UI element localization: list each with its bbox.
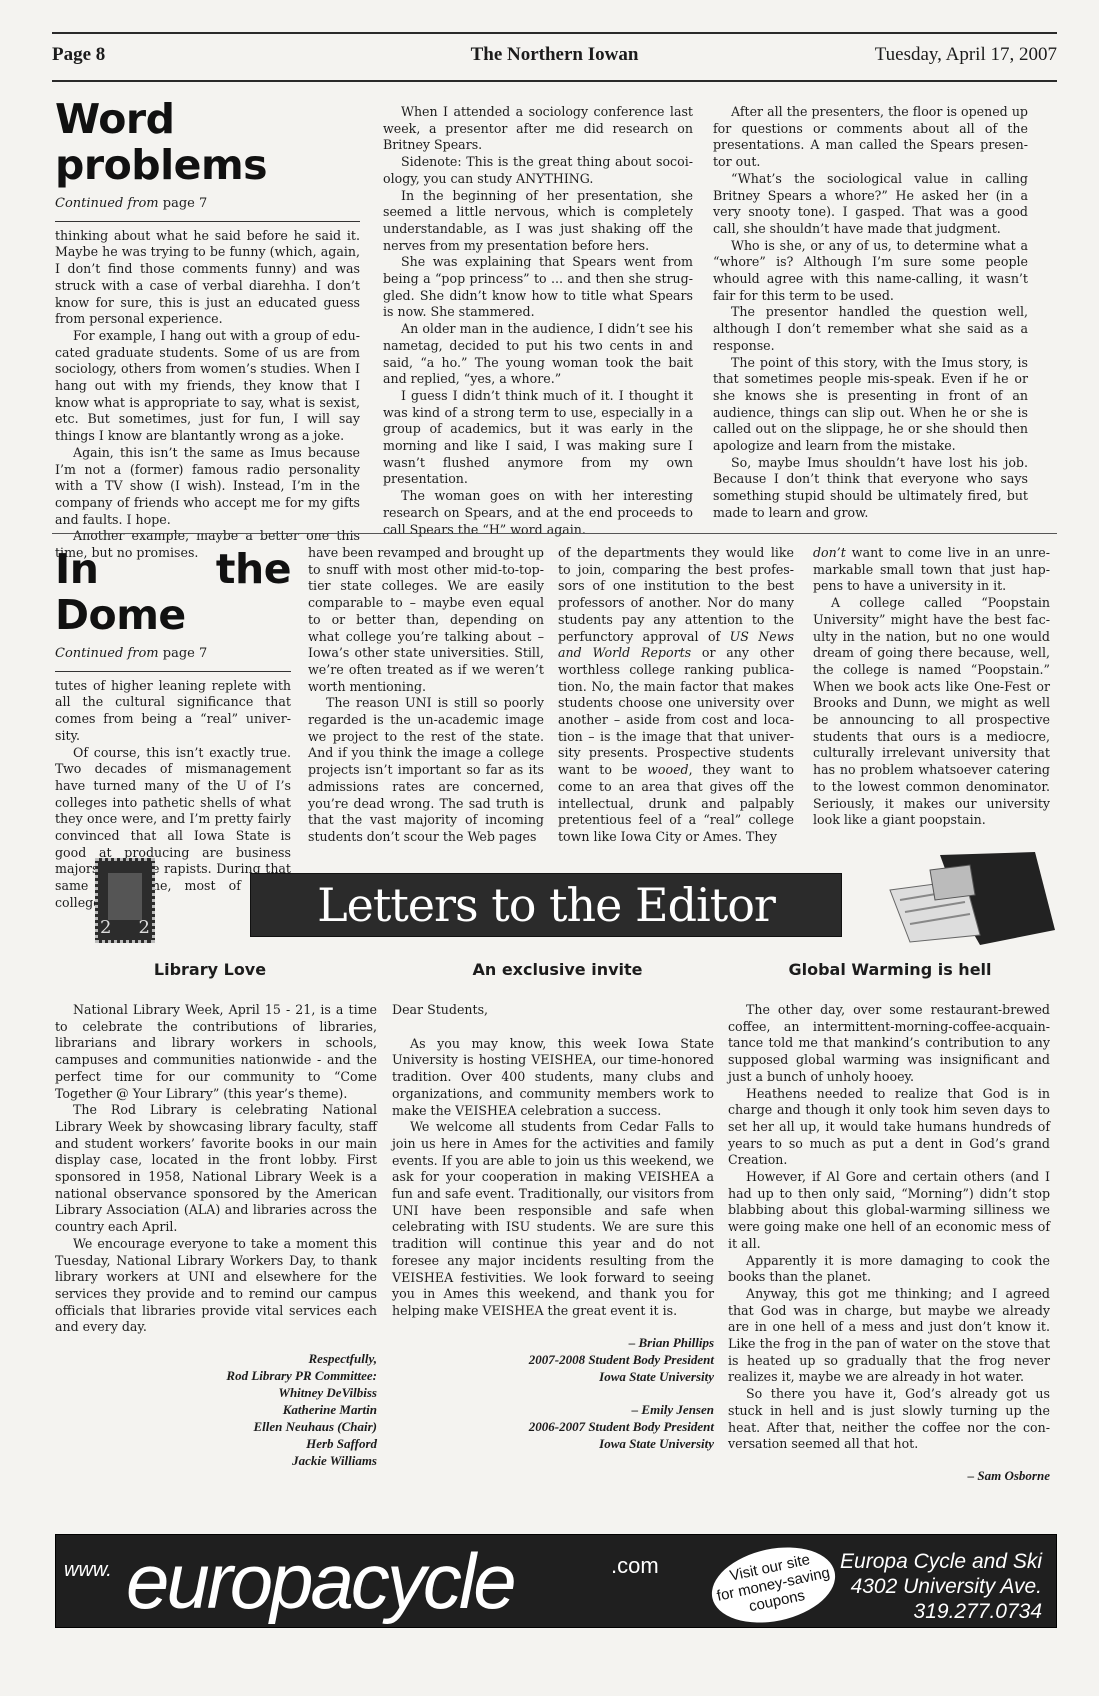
paragraph: Sidenote: This is the great thing about … [383,154,693,187]
letter-library-love: National Library Week, April 15 - 21, is… [55,1002,377,1469]
word-problems-col-3: After all the presenters, the floor is o… [713,104,1028,522]
dome-headline: In the Dome [55,546,291,638]
dome-col-4: don’t want to come live in an unre­marka… [813,545,1050,829]
signature-block: – Emily Jensen 2006-2007 Student Body Pr… [392,1401,714,1452]
word-problems-col-2: When I attended a sociology conference l… [383,104,693,538]
paragraph: After all the presenters, the floor is o… [713,104,1028,171]
paragraph: National Library Week, April 15 - 21, is… [55,1002,377,1102]
paragraph: Again, this isn’t the same as Imus becau… [55,445,360,529]
letter-title-exclusive-invite: An exclusive invite [400,960,715,979]
header-bottom-rule [52,80,1057,82]
paragraph: have been revamped and brought up to snu… [308,545,544,695]
paragraph: The other day, over some restaurant-brew… [728,1002,1050,1086]
paragraph: She was explaining that Spears went from… [383,254,693,321]
store-phone: 319.277.0734 [840,1599,1042,1624]
signature-block: Respectfully, Rod Library PR Committee: … [55,1350,377,1469]
paragraph: The presentor handled the question well,… [713,304,1028,354]
page-header: Page 8 The Northern Iowan Tuesday, April… [52,44,1057,74]
letter-global-warming: The other day, over some restaurant-brew… [728,1002,1050,1484]
europacycle-ad[interactable]: www. europacycle .com Visit our site for… [55,1534,1057,1628]
paragraph: An older man in the audience, I didn’t s… [383,321,693,388]
mailbag-icon [870,850,1055,945]
ad-tld: .com [611,1553,659,1579]
word-problems-col-1: Word problems Continued from page 7 thin… [55,96,360,562]
paragraph: of the departments they would like to jo… [558,545,794,846]
paragraph: The point of this story, with the Imus s… [713,355,1028,455]
word-problems-headline: Word problems [55,96,360,188]
paragraph: I guess I didn’t think much of it. I tho… [383,388,693,488]
letters-to-the-editor-banner: Letters to the Editor [250,873,842,937]
paragraph: Who is she, or any of us, to determine w… [713,238,1028,305]
letter-exclusive-invite: Dear Students, As you may know, this wee… [392,1002,714,1452]
continued-from: Continued from page 7 [55,646,291,672]
paragraph: However, if Al Gore and certain others (… [728,1169,1050,1253]
paragraph: The reason UNI is still so poorly regard… [308,695,544,845]
postage-stamp-icon: 2 2 [95,858,155,943]
paragraph: Heathens needed to realize that God is i… [728,1086,1050,1170]
coupon-oval: Visit our site for money-saving coupons [705,1537,842,1628]
paragraph: In the beginning of her presentation, sh… [383,188,693,255]
paragraph: We encourage everyone to take a moment t… [55,1236,377,1336]
continued-from: Continued from page 7 [55,196,360,222]
salutation: Dear Students, [392,1002,714,1019]
paragraph: Apparently it is more damaging to cook t… [728,1253,1050,1286]
paragraph: As you may know, this week Iowa State Un… [392,1036,714,1120]
dome-col-3: of the departments they would like to jo… [558,545,794,846]
store-name: Europa Cycle and Ski [840,1549,1042,1574]
signature: – Sam Osborne [728,1467,1050,1484]
store-info: Europa Cycle and Ski 4302 University Ave… [840,1549,1042,1624]
dome-col-1: In the Dome Continued from page 7 tutes … [55,546,291,912]
ad-brand: europacycle [126,1539,514,1623]
header-top-rule [52,32,1057,34]
paragraph: don’t want to come live in an unre­marka… [813,545,1050,595]
paragraph: We welcome all students from Cedar Falls… [392,1119,714,1319]
paragraph: tutes of higher leaning replete with all… [55,678,291,745]
ad-www: www. [64,1559,112,1582]
letter-title-library-love: Library Love [55,960,365,979]
paragraph: Anyway, this got me thinking; and I agre… [728,1286,1050,1386]
paragraph: A college called “Poopstain University” … [813,595,1050,829]
paragraph: For example, I hang out with a group of … [55,328,360,445]
paragraph: thinking about what he said before he sa… [55,228,360,328]
section-divider [52,533,1057,534]
paragraph: So, maybe Imus shouldn’t have lost his j… [713,455,1028,522]
paragraph: The woman goes on with her interesting r… [383,488,693,538]
paragraph: The Rod Library is celebrating National … [55,1102,377,1236]
store-address: 4302 University Ave. [840,1574,1042,1599]
stamp-image [108,873,142,920]
paragraph: “What’s the sociological value in callin… [713,171,1028,238]
letter-title-global-warming: Global Warming is hell [725,960,1055,979]
paragraph: So there you have it, God’s already got … [728,1386,1050,1453]
signature-block: – Brian Phillips 2007-2008 Student Body … [392,1334,714,1385]
issue-date: Tuesday, April 17, 2007 [875,44,1057,66]
paragraph: When I attended a sociology conference l… [383,104,693,154]
dome-col-2: have been revamped and brought up to snu… [308,545,544,846]
